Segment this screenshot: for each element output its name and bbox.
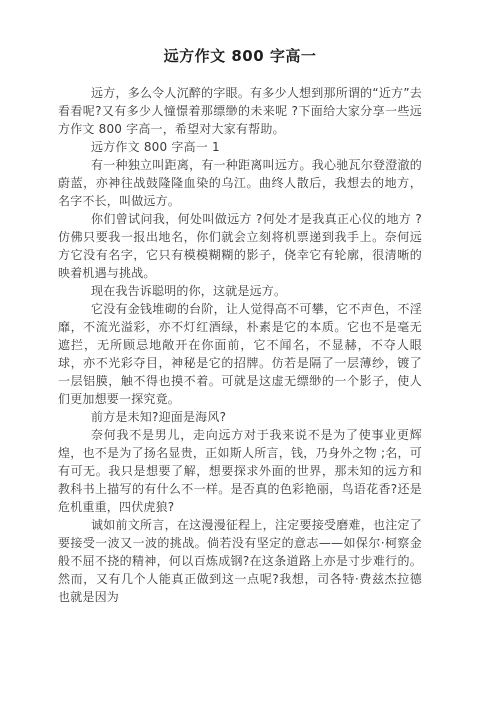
paragraph: 奈何我不是男儿，走向远方对于我来说不是为了使事业更辉煌，也不是为了扬名显贵，正如… [58,426,422,516]
paragraph: 现在我告诉聪明的你，这就是远方。 [58,282,422,300]
paragraph: 它没有金钱堆砌的台阶，让人觉得高不可攀，它不声色，不淫靡，不流光溢彩，亦不灯红酒… [58,300,422,408]
document-body: 远方，多么令人沉醉的字眼。有多少人想到那所谓的“近方”去看看呢?又有多少人憧憬着… [58,84,422,606]
paragraph: 远方作文 800 字高一 1 [58,138,422,156]
document-title: 远方作文 800 字高一 [58,46,422,66]
paragraph: 远方，多么令人沉醉的字眼。有多少人想到那所谓的“近方”去看看呢?又有多少人憧憬着… [58,84,422,138]
paragraph: 你们曾试问我，何处叫做远方 ?何处才是我真正心仪的地方 ?仿佛只要我一报出地名，… [58,210,422,282]
document-page: 远方作文 800 字高一 远方，多么令人沉醉的字眼。有多少人想到那所谓的“近方”… [0,0,500,707]
paragraph: 诚如前文所言，在这漫漫征程上，注定要接受磨难，也注定了要接受一波又一波的挑战。倘… [58,516,422,606]
paragraph: 前方是未知?迎面是海风? [58,408,422,426]
paragraph: 有一种独立叫距离，有一种距离叫远方。我心驰瓦尔登澄澈的蔚蓝，亦神往战鼓隆隆血染的… [58,156,422,210]
